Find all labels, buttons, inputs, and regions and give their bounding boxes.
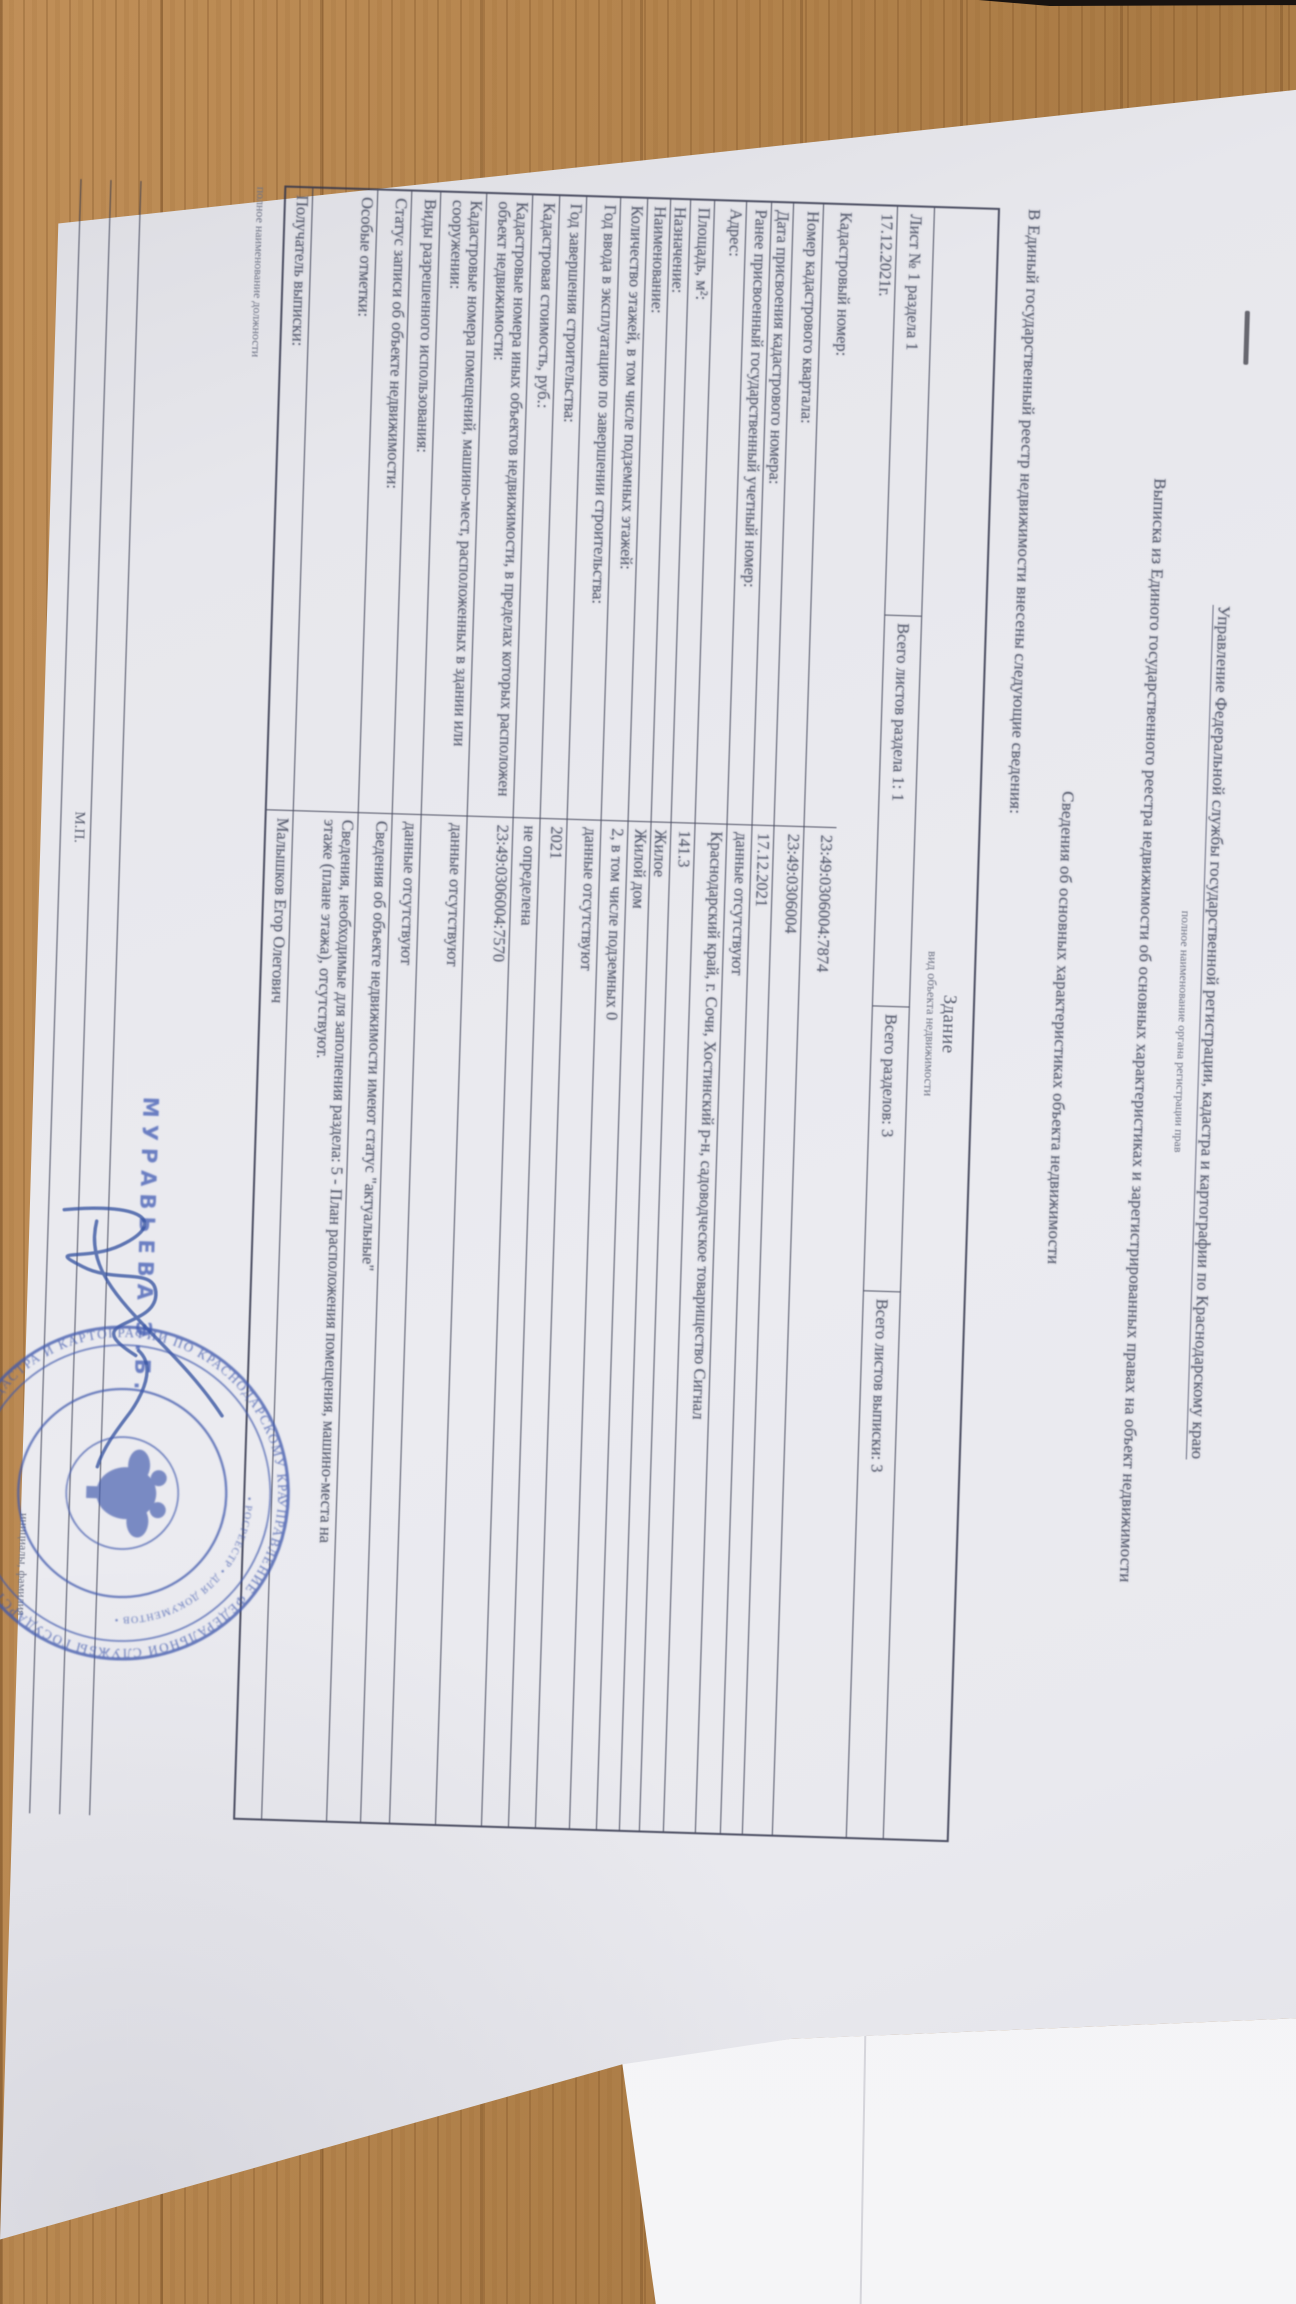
egrn-extract-document: Управление Федеральной службы государств…: [0, 46, 1257, 2245]
official-seal-icon: УПРАВЛЕНИЕ ФЕДЕРАЛЬНОЙ СЛУЖБЫ ГОСУДАРСТВ…: [0, 1316, 300, 1671]
object-type-value: Здание: [936, 994, 960, 1054]
extract-date: 17.12.2021г.: [853, 205, 897, 304]
footer-position-caption: полное наименование должности: [248, 187, 268, 358]
sheet-info-cell-3: Всего разделов: 3: [864, 1005, 909, 1291]
attributes-rows: Кадастровый номер:23:49:0306004:7874Номе…: [235, 188, 856, 1836]
seal-eagle-emblem: [85, 1448, 168, 1538]
object-type-caption: вид объекта недвижимости: [920, 951, 940, 1097]
characteristics-table: Здание вид объекта недвижимости Лист № 1…: [233, 185, 1000, 1842]
mp-label: М.П.: [70, 811, 88, 843]
